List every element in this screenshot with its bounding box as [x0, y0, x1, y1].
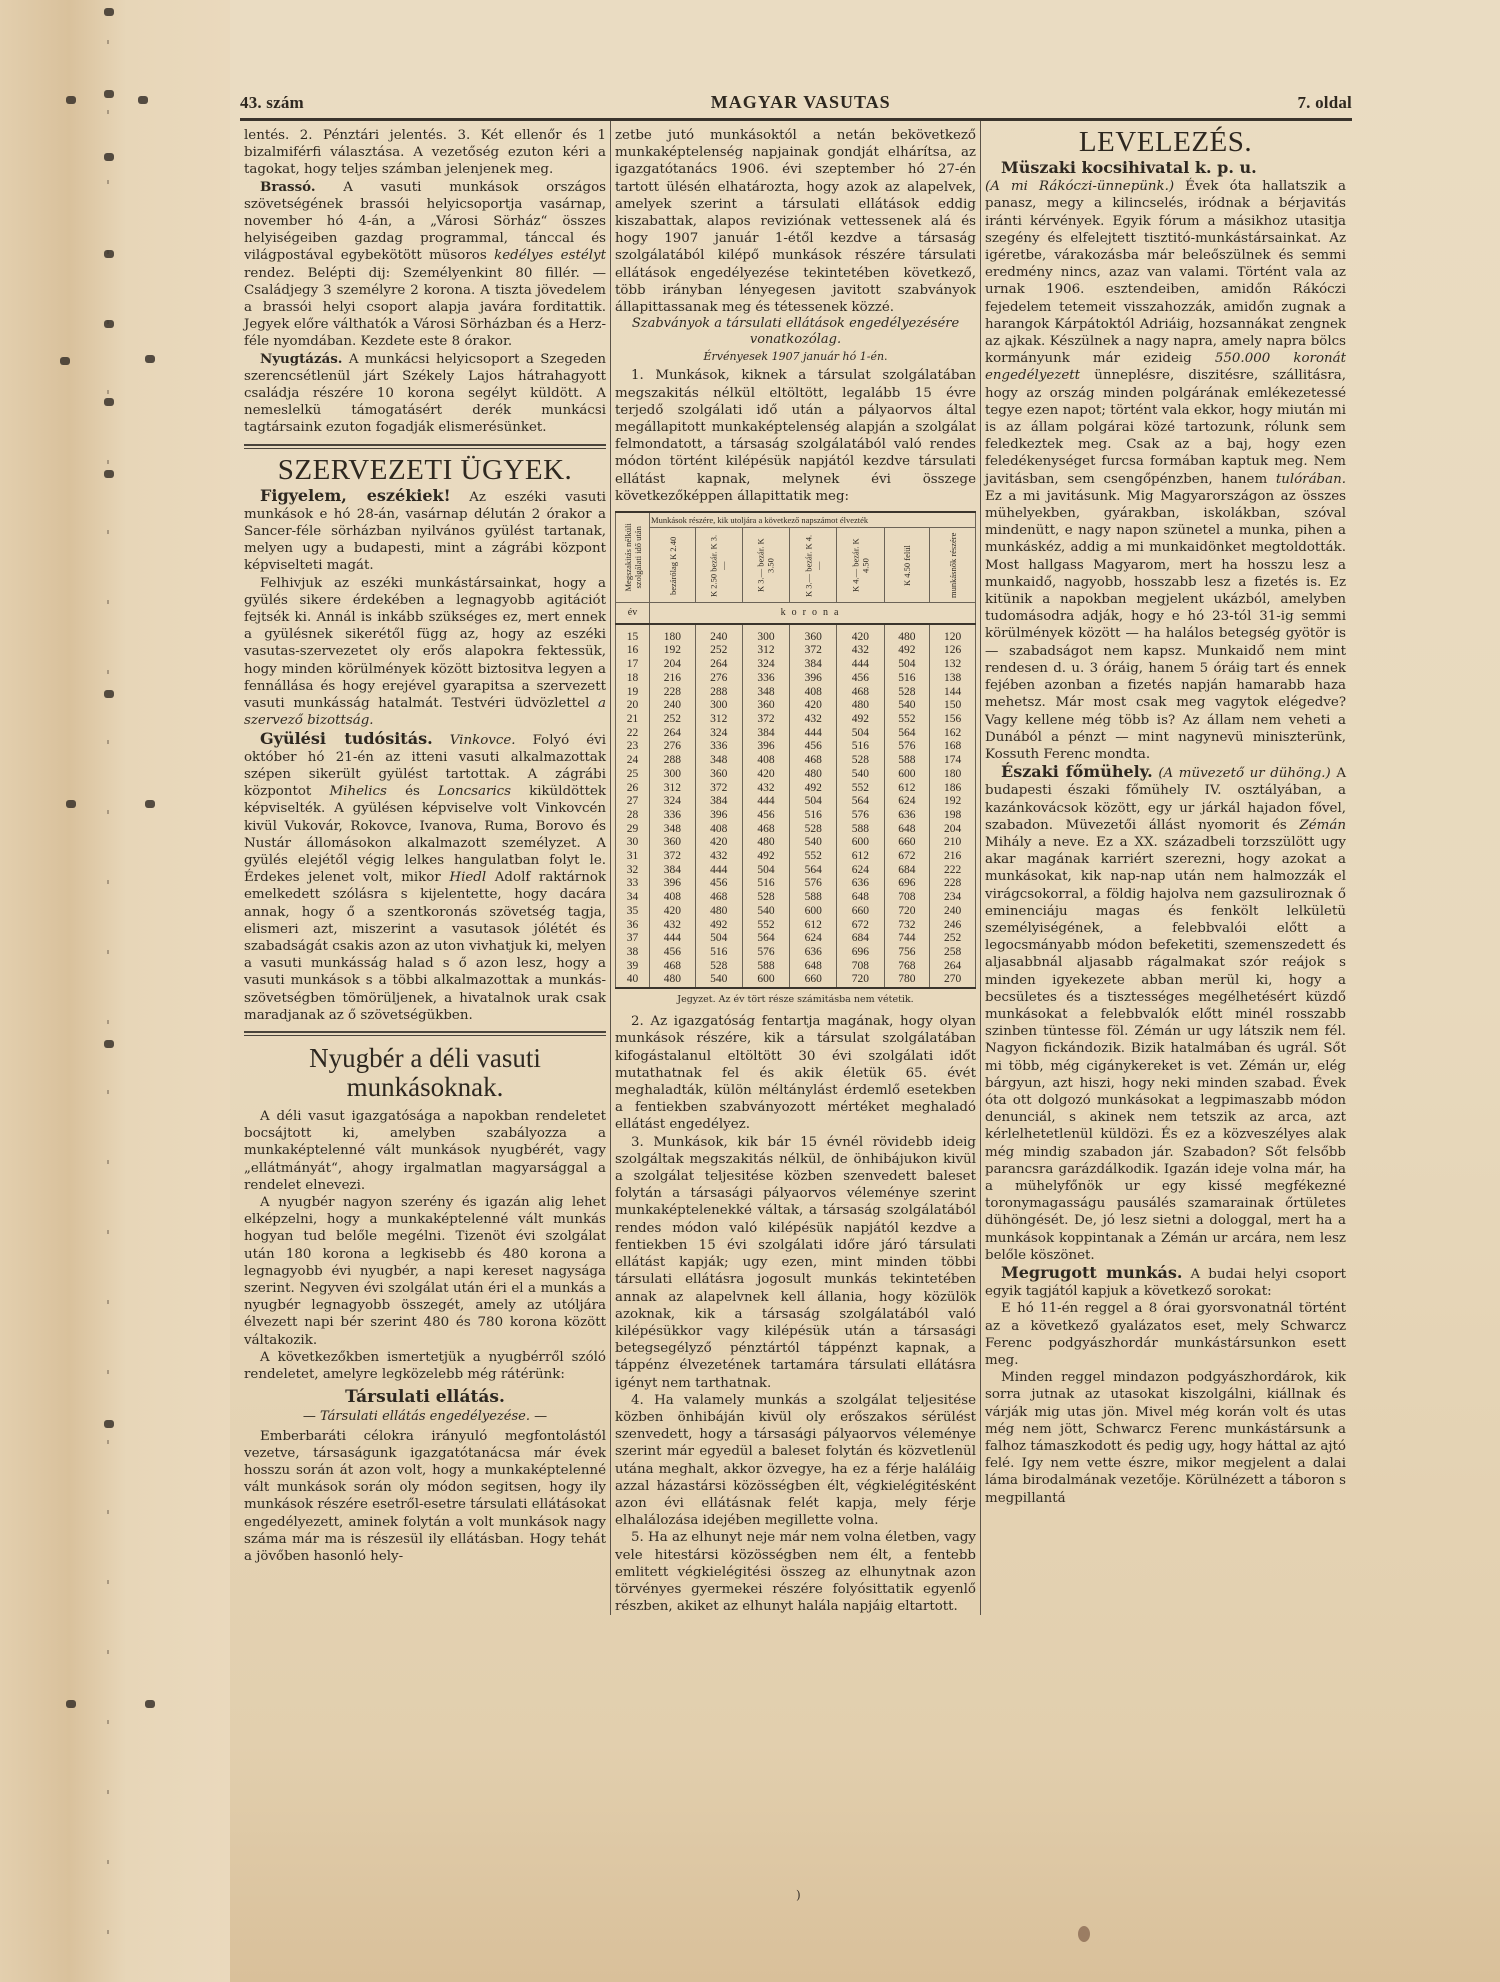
service-years-cell: 17 — [616, 658, 650, 672]
pension-amount-cell: 492 — [695, 919, 742, 933]
pension-amount-cell: 480 — [742, 836, 789, 850]
table-row: 29348408468528588648204 — [616, 823, 976, 837]
pension-amount-cell: 132 — [930, 658, 976, 672]
table-row: 27324384444504564624192 — [616, 795, 976, 809]
table-row: 24288348408468528588174 — [616, 754, 976, 768]
unit-row: év korona — [616, 603, 976, 624]
pension-amount-cell: 588 — [790, 891, 837, 905]
pension-amount-cell: 372 — [790, 644, 837, 658]
pension-amount-cell: 240 — [930, 905, 976, 919]
section-divider — [244, 444, 606, 449]
pension-amount-cell: 372 — [695, 782, 742, 796]
pension-amount-cell: 516 — [884, 672, 930, 686]
service-years-cell: 35 — [616, 905, 650, 919]
pension-amount-cell: 324 — [742, 658, 789, 672]
pension-amount-cell: 348 — [742, 686, 789, 700]
pension-amount-cell: 516 — [790, 809, 837, 823]
article-title-nyugber: Nyugbér a déli vasuti munkásoknak. — [244, 1044, 606, 1102]
pension-amount-cell: 492 — [837, 713, 884, 727]
table-row: 18216276336396456516138 — [616, 672, 976, 686]
folio-mark: ) — [796, 1888, 801, 1902]
service-years-cell: 32 — [616, 864, 650, 878]
pension-amount-cell: 444 — [650, 932, 696, 946]
pension-amount-cell: 648 — [790, 960, 837, 974]
paragraph: Minden reggel mindazon podgyászhordárok,… — [985, 1369, 1346, 1507]
item-heading: Brassó. — [260, 179, 316, 195]
pension-amount-cell: 612 — [884, 782, 930, 796]
service-years-cell: 26 — [616, 782, 650, 796]
pension-amount-cell: 300 — [742, 624, 789, 645]
wage-column-header: K 4.50 felül — [884, 528, 930, 603]
pension-amount-cell: 492 — [790, 782, 837, 796]
news-item-figyelem: Figyelem, eszékiek! Az eszéki vasuti mun… — [244, 487, 606, 575]
pension-amount-cell: 360 — [790, 624, 837, 645]
newspaper-title: MAGYAR VASUTAS — [711, 92, 891, 113]
pension-amount-cell: 672 — [884, 850, 930, 864]
table-row: 35420480540600660720240 — [616, 905, 976, 919]
pension-amount-cell: 540 — [837, 768, 884, 782]
paragraph: E hó 11-én reggel a 8 órai gyorsvonatnál… — [985, 1300, 1346, 1369]
table-row: 33396456516576636696228 — [616, 877, 976, 891]
newspaper-page: 43. szám MAGYAR VASUTAS 7. oldal lentés.… — [240, 92, 1352, 1615]
pension-amount-cell: 420 — [790, 699, 837, 713]
pension-amount-cell: 516 — [695, 946, 742, 960]
wage-column-header: munkásnők részére — [930, 528, 976, 603]
pension-amount-cell: 576 — [837, 809, 884, 823]
pension-amount-cell: 336 — [650, 809, 696, 823]
pension-amount-cell: 420 — [695, 836, 742, 850]
pension-amount-cell: 348 — [650, 823, 696, 837]
pension-amount-cell: 384 — [695, 795, 742, 809]
pension-amount-cell: 480 — [650, 973, 696, 988]
pension-amount-cell: 636 — [837, 877, 884, 891]
table-row: 21252312372432492552156 — [616, 713, 976, 727]
pension-amount-cell: 468 — [837, 686, 884, 700]
table-row: 30360420480540600660210 — [616, 836, 976, 850]
pension-amount-cell: 648 — [884, 823, 930, 837]
pension-amount-cell: 528 — [742, 891, 789, 905]
issue-number: 43. szám — [240, 93, 304, 113]
stitch-mark — [60, 357, 70, 365]
pension-amount-cell: 552 — [742, 919, 789, 933]
pension-amount-cell: 612 — [837, 850, 884, 864]
pension-amount-cell: 420 — [742, 768, 789, 782]
table-row: 15180240300360420480120 — [616, 624, 976, 645]
pension-amount-cell: 456 — [650, 946, 696, 960]
pension-amount-cell: 468 — [790, 754, 837, 768]
pension-amount-cell: 660 — [884, 836, 930, 850]
pension-amount-cell: 588 — [884, 754, 930, 768]
stitch-mark — [104, 398, 114, 406]
pension-amount-cell: 480 — [790, 768, 837, 782]
person-name: Mihelics — [329, 784, 386, 799]
pension-amount-cell: 492 — [742, 850, 789, 864]
pension-amount-cell: 528 — [695, 960, 742, 974]
pension-amount-cell: 300 — [695, 699, 742, 713]
table-row: 17204264324384444504132 — [616, 658, 976, 672]
pension-amount-cell: 768 — [884, 960, 930, 974]
paragraph: zetbe jutó munkásoktól a netán bekövetke… — [615, 127, 976, 316]
pension-amount-cell: 624 — [837, 864, 884, 878]
pension-amount-cell: 504 — [837, 727, 884, 741]
pension-amount-cell: 600 — [884, 768, 930, 782]
pension-amount-cell: 216 — [650, 672, 696, 686]
pension-amount-cell: 174 — [930, 754, 976, 768]
page-number: 7. oldal — [1297, 93, 1352, 113]
pension-amount-cell: 276 — [650, 740, 696, 754]
subheading-caption: — Társulati ellátás engedélyezése. — — [244, 1408, 606, 1425]
pension-amount-cell: 456 — [790, 740, 837, 754]
pension-amount-cell: 588 — [742, 960, 789, 974]
table-row: 34408468528588648708234 — [616, 891, 976, 905]
stitch-mark — [104, 250, 114, 258]
pension-amount-cell: 552 — [790, 850, 837, 864]
pension-amount-cell: 126 — [930, 644, 976, 658]
pension-amount-cell: 660 — [790, 973, 837, 988]
pension-amount-cell: 396 — [742, 740, 789, 754]
pension-amount-cell: 456 — [837, 672, 884, 686]
table-row: 32384444504564624684222 — [616, 864, 976, 878]
pension-amount-cell: 612 — [790, 919, 837, 933]
pension-amount-cell: 216 — [930, 850, 976, 864]
column-1: lentés. 2. Pénztári jelentés. 3. Két ell… — [240, 121, 610, 1615]
pension-amount-cell: 246 — [930, 919, 976, 933]
pension-amount-cell: 744 — [884, 932, 930, 946]
service-years-cell: 29 — [616, 823, 650, 837]
item-text: és — [387, 784, 438, 799]
pension-amount-cell: 660 — [837, 905, 884, 919]
pension-amount-cell: 528 — [837, 754, 884, 768]
pension-amount-cell: 168 — [930, 740, 976, 754]
pension-amount-cell: 156 — [930, 713, 976, 727]
pension-amount-cell: 444 — [837, 658, 884, 672]
service-years-cell: 38 — [616, 946, 650, 960]
pension-amount-cell: 180 — [650, 624, 696, 645]
item-text: Évek óta hallatszik a panasz, megy a kil… — [985, 179, 1346, 366]
pension-amount-cell: 408 — [650, 891, 696, 905]
pension-amount-cell: 312 — [695, 713, 742, 727]
pension-amount-cell: 516 — [837, 740, 884, 754]
pension-amount-cell: 576 — [884, 740, 930, 754]
service-years-cell: 23 — [616, 740, 650, 754]
service-years-cell: 28 — [616, 809, 650, 823]
item-heading: Figyelem, eszékiek! — [260, 486, 451, 505]
table-row: 38456516576636696756258 — [616, 946, 976, 960]
pension-amount-cell: 396 — [695, 809, 742, 823]
pension-amount-cell: 384 — [790, 658, 837, 672]
pension-amount-cell: 180 — [930, 768, 976, 782]
wage-group-header: Munkások részére, kik utoljára a követke… — [650, 512, 976, 528]
pension-amount-cell: 624 — [884, 795, 930, 809]
pension-amount-cell: 696 — [837, 946, 884, 960]
pension-amount-cell: 252 — [650, 713, 696, 727]
section-title-levelezes: LEVELEZÉS. — [985, 127, 1346, 157]
pension-amount-cell: 204 — [650, 658, 696, 672]
masthead: 43. szám MAGYAR VASUTAS 7. oldal — [240, 92, 1352, 116]
wage-column-header: bezárólag K 2.40 — [650, 528, 696, 603]
pension-amount-cell: 312 — [742, 644, 789, 658]
pension-amount-cell: 234 — [930, 891, 976, 905]
letter-eszaki: Északi főmühely. (A müvezető ur dühöng.)… — [985, 763, 1346, 1264]
pension-amount-cell: 684 — [884, 864, 930, 878]
pension-amount-cell: 228 — [650, 686, 696, 700]
item-emphasis: tulórában. — [1276, 472, 1346, 487]
paragraph: lentés. 2. Pénztári jelentés. 3. Két ell… — [244, 127, 606, 179]
table-row: 19228288348408468528144 — [616, 686, 976, 700]
person-name: Hiedl — [449, 870, 486, 885]
stitch-mark — [104, 1420, 114, 1428]
pension-amount-cell: 408 — [695, 823, 742, 837]
pension-amount-cell: 552 — [837, 782, 884, 796]
pension-amount-cell: 186 — [930, 782, 976, 796]
pension-amount-cell: 420 — [650, 905, 696, 919]
pension-amount-cell: 120 — [930, 624, 976, 645]
pension-amount-cell: 264 — [695, 658, 742, 672]
service-years-cell: 33 — [616, 877, 650, 891]
pension-amount-cell: 540 — [742, 905, 789, 919]
table-note: Jegyzet. Az év tört része számitásba nem… — [615, 991, 976, 1008]
pension-amount-cell: 528 — [884, 686, 930, 700]
pension-amount-cell: 696 — [884, 877, 930, 891]
pension-amount-cell: 372 — [742, 713, 789, 727]
pension-amount-cell: 708 — [837, 960, 884, 974]
pension-amount-cell: 252 — [695, 644, 742, 658]
table-row: 36432492552612672732246 — [616, 919, 976, 933]
pension-amount-cell: 150 — [930, 699, 976, 713]
pension-amount-cell: 288 — [650, 754, 696, 768]
service-years-header: Megszakitás nélküli szolgálati idő után — [616, 512, 650, 603]
pension-amount-cell: 780 — [884, 973, 930, 988]
pension-amount-cell: 432 — [742, 782, 789, 796]
column-3: LEVELEZÉS. Müszaki kocsihivatal k. p. u.… — [980, 121, 1350, 1615]
pension-amount-cell: 210 — [930, 836, 976, 850]
service-years-cell: 30 — [616, 836, 650, 850]
pension-amount-cell: 588 — [837, 823, 884, 837]
pension-amount-cell: 228 — [930, 877, 976, 891]
pension-amount-cell: 408 — [742, 754, 789, 768]
pension-amount-cell: 756 — [884, 946, 930, 960]
pension-amount-cell: 270 — [930, 973, 976, 988]
stitch-mark — [145, 1700, 155, 1708]
pension-amount-cell: 240 — [695, 624, 742, 645]
pension-amount-cell: 540 — [884, 699, 930, 713]
pension-table-body: év korona 151802403003604204801201619225… — [616, 603, 976, 988]
table-row: 28336396456516576636198 — [616, 809, 976, 823]
pension-amount-cell: 648 — [837, 891, 884, 905]
service-years-cell: 16 — [616, 644, 650, 658]
pension-amount-cell: 564 — [837, 795, 884, 809]
stitch-mark — [104, 90, 114, 98]
pension-amount-cell: 540 — [790, 836, 837, 850]
pension-amount-cell: 264 — [650, 727, 696, 741]
subheading-tarsulati: Társulati ellátás. — [244, 1389, 606, 1406]
pension-amount-cell: 324 — [695, 727, 742, 741]
wage-column-header: K 3.— bezár. K 4.— — [790, 528, 837, 603]
pension-amount-cell: 732 — [884, 919, 930, 933]
effective-date: Érvényesek 1907 január hó 1-én. — [615, 348, 976, 365]
pension-amount-cell: 222 — [930, 864, 976, 878]
pension-amount-cell: 468 — [650, 960, 696, 974]
pension-amount-cell: 444 — [742, 795, 789, 809]
stitch-mark — [138, 96, 148, 104]
pension-amount-cell: 336 — [695, 740, 742, 754]
stitch-mark — [66, 800, 76, 808]
pension-amount-cell: 384 — [650, 864, 696, 878]
paragraph: A déli vasut igazgatósága a napokban ren… — [244, 1108, 606, 1194]
pension-amount-cell: 360 — [650, 836, 696, 850]
stitch-mark — [104, 320, 114, 328]
pension-amount-cell: 444 — [790, 727, 837, 741]
pension-amount-cell: 564 — [742, 932, 789, 946]
person-name: Zémán — [1299, 818, 1346, 833]
pension-amount-cell: 624 — [790, 932, 837, 946]
place-name: Vinkovce. — [450, 733, 516, 748]
stitch-mark — [104, 8, 114, 16]
letter-muszaki: Müszaki kocsihivatal k. p. u.(A mi Rákóc… — [985, 159, 1346, 763]
table-row: 40480540600660720780270 — [616, 973, 976, 988]
pension-amount-cell: 480 — [837, 699, 884, 713]
pension-amount-cell: 600 — [742, 973, 789, 988]
regulation-point-4: 4. Ha valamely munkás a szolgálat teljes… — [615, 1392, 976, 1530]
service-years-cell: 19 — [616, 686, 650, 700]
table-row: 20240300360420480540150 — [616, 699, 976, 713]
service-years-cell: 34 — [616, 891, 650, 905]
pension-amount-cell: 456 — [695, 877, 742, 891]
binding-stitch-line — [107, 0, 109, 1982]
pension-amount-cell: 468 — [695, 891, 742, 905]
binding-gutter — [0, 0, 230, 1982]
service-years-cell: 27 — [616, 795, 650, 809]
service-years-cell: 37 — [616, 932, 650, 946]
table-row: 16192252312372432492126 — [616, 644, 976, 658]
pension-amount-cell: 324 — [650, 795, 696, 809]
item-heading: Nyugtázás. — [260, 351, 342, 367]
pension-amount-cell: 162 — [930, 727, 976, 741]
pension-amount-cell: 456 — [742, 809, 789, 823]
table-row: 39468528588648708768264 — [616, 960, 976, 974]
pension-amount-cell: 372 — [650, 850, 696, 864]
stitch-mark — [66, 96, 76, 104]
pension-amount-cell: 636 — [790, 946, 837, 960]
wage-column-headers: bezárólag K 2.40K 2.50 bezár. K 3.—K 3.—… — [616, 528, 976, 603]
section-divider — [244, 1031, 606, 1036]
pension-amount-cell: 264 — [930, 960, 976, 974]
service-years-cell: 40 — [616, 973, 650, 988]
pension-amount-cell: 684 — [837, 932, 884, 946]
pension-amount-cell: 672 — [837, 919, 884, 933]
item-text: rendez. Belépti dij: Személyenkint 80 fi… — [244, 266, 606, 350]
pension-amount-cell: 600 — [790, 905, 837, 919]
pension-amount-cell: 240 — [650, 699, 696, 713]
pension-amount-cell: 192 — [650, 644, 696, 658]
table-row: 25300360420480540600180 — [616, 768, 976, 782]
unit-currency: korona — [650, 603, 976, 624]
item-text: Ez a mi javitásunk. Mig Magyarországon a… — [985, 489, 1346, 762]
pension-amount-cell: 600 — [837, 836, 884, 850]
pension-amount-cell: 480 — [695, 905, 742, 919]
pension-amount-cell: 468 — [742, 823, 789, 837]
pension-amount-cell: 432 — [790, 713, 837, 727]
wage-column-header: K 2.50 bezár. K 3.— — [695, 528, 742, 603]
item-heading: Megrugott munkás. — [1001, 1263, 1182, 1282]
stitch-mark — [145, 800, 155, 808]
regulation-point-2: 2. Az igazgatóság fentartja magának, hog… — [615, 1013, 976, 1133]
stitch-mark — [104, 1040, 114, 1048]
item-subtitle: (A müvezető ur dühöng.) — [1158, 766, 1330, 781]
stitch-mark — [66, 1700, 76, 1708]
pension-amount-cell: 516 — [742, 877, 789, 891]
pension-amount-cell: 492 — [884, 644, 930, 658]
pension-table: Megszakitás nélküli szolgálati idő után … — [615, 511, 976, 989]
paragraph: A nyugbér nagyon szerény és igazán alig … — [244, 1194, 606, 1349]
pension-amount-cell: 504 — [884, 658, 930, 672]
regulation-point-3: 3. Munkások, kik bár 15 évnél rövidebb i… — [615, 1134, 976, 1392]
wage-column-header: K 3.— bezár. K 3.50 — [742, 528, 789, 603]
service-years-cell: 36 — [616, 919, 650, 933]
regulation-point-5: 5. Ha az elhunyt neje már nem volna élet… — [615, 1529, 976, 1615]
pension-amount-cell: 564 — [790, 864, 837, 878]
service-years-cell: 31 — [616, 850, 650, 864]
stitch-mark — [104, 690, 114, 698]
service-years-cell: 15 — [616, 624, 650, 645]
pension-amount-cell: 396 — [790, 672, 837, 686]
pension-amount-cell: 444 — [695, 864, 742, 878]
item-text: ünneplésre, diszitésre, szállitásra, hog… — [985, 368, 1346, 486]
service-years-cell: 20 — [616, 699, 650, 713]
pension-amount-cell: 384 — [742, 727, 789, 741]
regulation-title: Szabványok a társulati ellátások engedél… — [615, 316, 976, 348]
item-heading: Gyülési tudósitás. — [260, 729, 433, 748]
regulation-point-1: 1. Munkások, kiknek a társulat szolgálat… — [615, 367, 976, 505]
pension-amount-cell: 504 — [695, 932, 742, 946]
pension-amount-cell: 138 — [930, 672, 976, 686]
table-row: 23276336396456516576168 — [616, 740, 976, 754]
pension-amount-cell: 504 — [742, 864, 789, 878]
pension-amount-cell: 276 — [695, 672, 742, 686]
pension-amount-cell: 480 — [884, 624, 930, 645]
pension-amount-cell: 540 — [695, 973, 742, 988]
pension-amount-cell: 720 — [884, 905, 930, 919]
stitch-mark — [104, 470, 114, 478]
columns: lentés. 2. Pénztári jelentés. 3. Két ell… — [240, 121, 1352, 1615]
pension-amount-cell: 720 — [837, 973, 884, 988]
news-item-brasso: Brassó. A vasuti munkások országos szöve… — [244, 179, 606, 351]
paragraph: Emberbaráti célokra irányuló megfontolás… — [244, 1428, 606, 1566]
service-years-cell: 39 — [616, 960, 650, 974]
pension-amount-cell: 576 — [790, 877, 837, 891]
pension-amount-cell: 288 — [695, 686, 742, 700]
item-text: Adolf raktárnok emelkedett szólásra s ki… — [244, 870, 606, 1023]
pension-amount-cell: 528 — [790, 823, 837, 837]
paper-stain — [1078, 1926, 1090, 1942]
pension-amount-cell: 564 — [884, 727, 930, 741]
pension-amount-cell: 432 — [837, 644, 884, 658]
pension-amount-cell: 204 — [930, 823, 976, 837]
news-item-gyulesi: Gyülési tudósitás. Vinkovce. Folyó évi o… — [244, 730, 606, 1024]
stitch-mark — [145, 355, 155, 363]
pension-amount-cell: 252 — [930, 932, 976, 946]
pension-amount-cell: 144 — [930, 686, 976, 700]
pension-amount-cell: 552 — [884, 713, 930, 727]
pension-amount-cell: 300 — [650, 768, 696, 782]
item-text: Mihály a neve. Ez a XX. századbeli torzs… — [985, 835, 1346, 1263]
service-years-cell: 22 — [616, 727, 650, 741]
service-years-cell: 18 — [616, 672, 650, 686]
section-title-szervezeti: SZERVEZETI ÜGYEK. — [244, 455, 606, 485]
table-row: 31372432492552612672216 — [616, 850, 976, 864]
pension-amount-cell: 420 — [837, 624, 884, 645]
item-text: Felhivjuk az eszéki munkástársainkat, ho… — [244, 576, 606, 711]
